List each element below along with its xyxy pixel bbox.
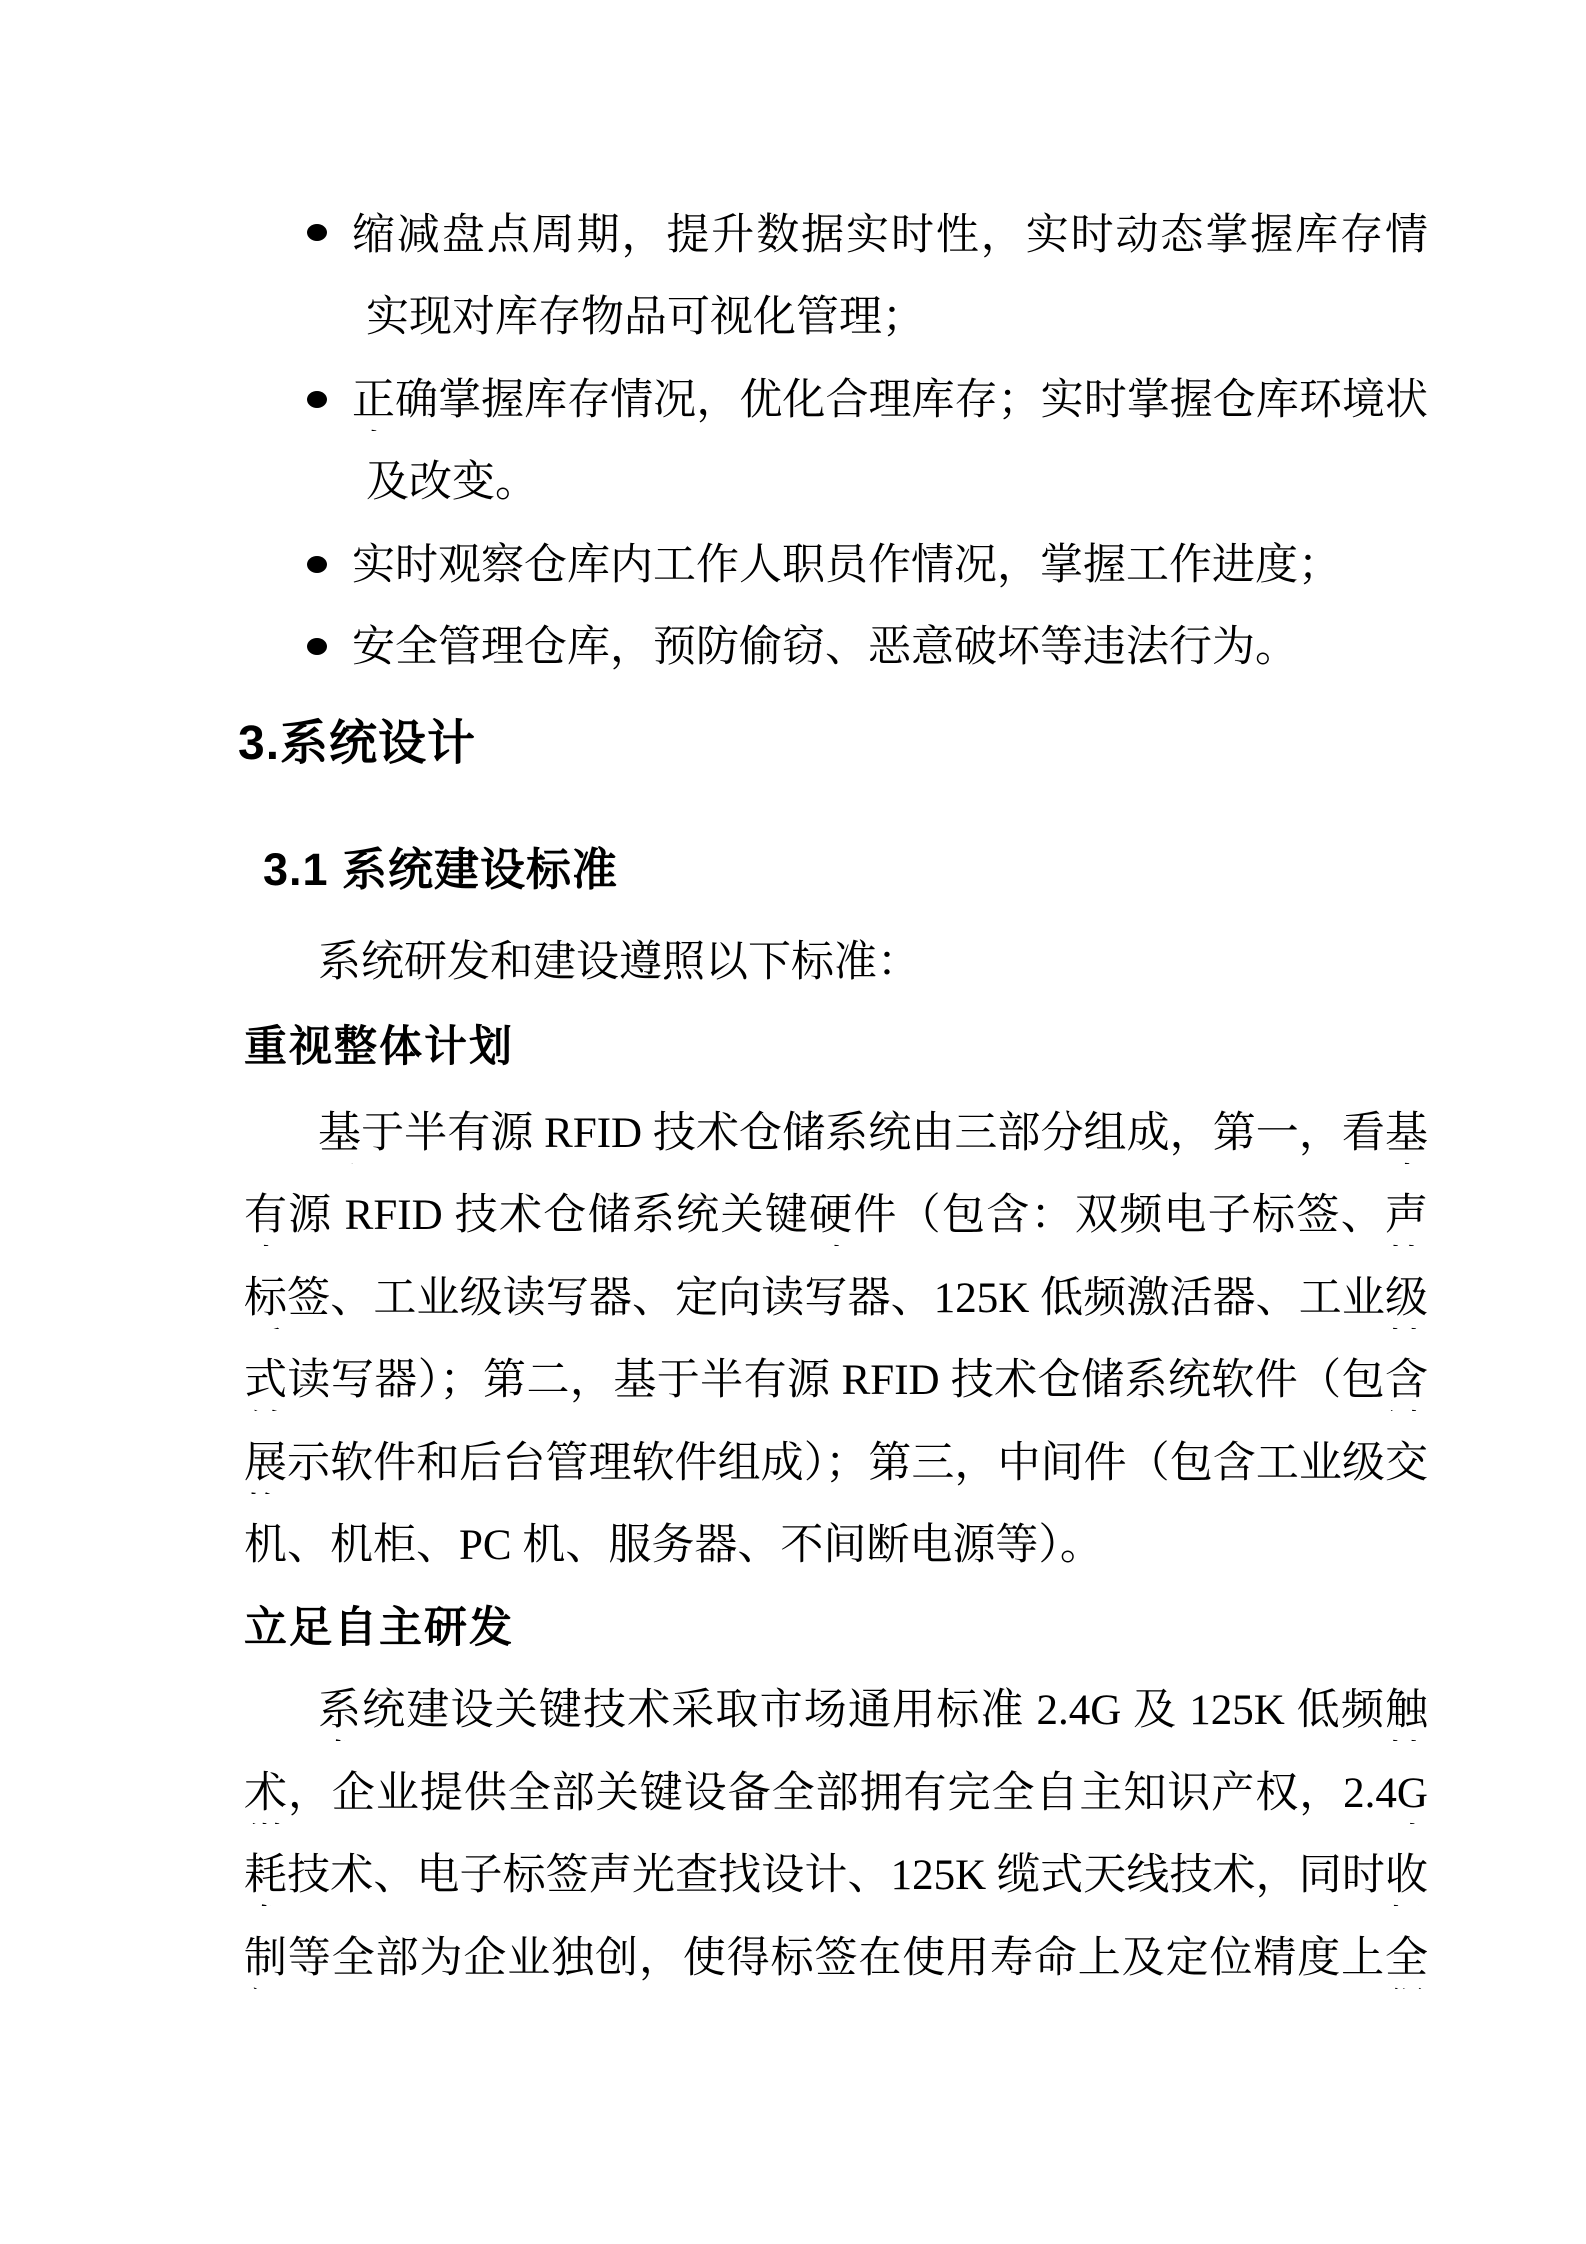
section-heading: 3.系统设计 — [238, 718, 476, 774]
paragraph-1-line-3: 标签、工业级读写器、定向读写器、125K 低频激活器、工业级手持 — [244, 1273, 1428, 1329]
paragraph-2-line-4: 制等全部为企业独创，使得标签在使用寿命上及定位精度上全部得 — [244, 1933, 1428, 1989]
paragraph-2-line-2: 术，企业提供全部关键设备全部拥有完全自主知识产权，2.4G 微功 — [244, 1768, 1428, 1824]
bullet-icon — [307, 556, 327, 573]
paragraph-2-line-3: 耗技术、电子标签声光查找设计、125K 缆式天线技术，同时收发机 — [244, 1850, 1428, 1906]
paragraph-1-line-1: 基于半有源 RFID 技术仓储系统由三部分组成，第一，看基于半 — [318, 1108, 1428, 1164]
paragraph-2-line-1: 系统建设关键技术采取市场通用标准 2.4G 及 125K 低频触发技 — [318, 1685, 1428, 1741]
subsection-heading: 3.1 系统建设标准 — [263, 844, 618, 900]
paragraph-1-line-2: 有源 RFID 技术仓储系统关键硬件（包含：双频电子标签、声光查找 — [244, 1190, 1428, 1246]
paragraph-1-line-4: 式读写器）；第二，基于半有源 RFID 技术仓储系统软件（包含前端 — [244, 1355, 1428, 1411]
bullet-item-1-line-1: 缩减盘点周期，提升数据实时性，实时动态掌握库存情况， — [352, 210, 1428, 266]
paragraph-1-line-6: 机、机柜、PC 机、服务器、不间断电源等）。 — [244, 1520, 1103, 1576]
bullet-icon — [307, 391, 327, 408]
bullet-item-2-line-1: 正确掌握库存情况，优化合理库存；实时掌握仓库环境状态 — [352, 375, 1428, 431]
bullet-icon — [307, 224, 327, 241]
paragraph-1-line-5: 展示软件和后台管理软件组成）；第三，中间件（包含工业级交换 — [244, 1438, 1428, 1494]
bullet-item-4: 安全管理仓库，预防偷窃、恶意破坏等违法行为。 — [352, 622, 1298, 678]
bold-heading-independent-rd: 立足自主研发 — [244, 1603, 514, 1659]
bullet-item-2-line-2: 及改变。 — [366, 457, 538, 513]
bullet-item-1-line-2: 实现对库存物品可视化管理； — [366, 292, 925, 348]
bullet-icon — [307, 638, 327, 655]
document-page: 缩减盘点周期，提升数据实时性，实时动态掌握库存情况， 实现对库存物品可视化管理；… — [0, 0, 1586, 2244]
intro-line: 系统研发和建设遵照以下标准： — [318, 937, 920, 993]
bold-heading-overall-plan: 重视整体计划 — [244, 1022, 514, 1078]
bullet-item-3: 实时观察仓库内工作人职员作情况，掌握工作进度； — [352, 540, 1341, 596]
